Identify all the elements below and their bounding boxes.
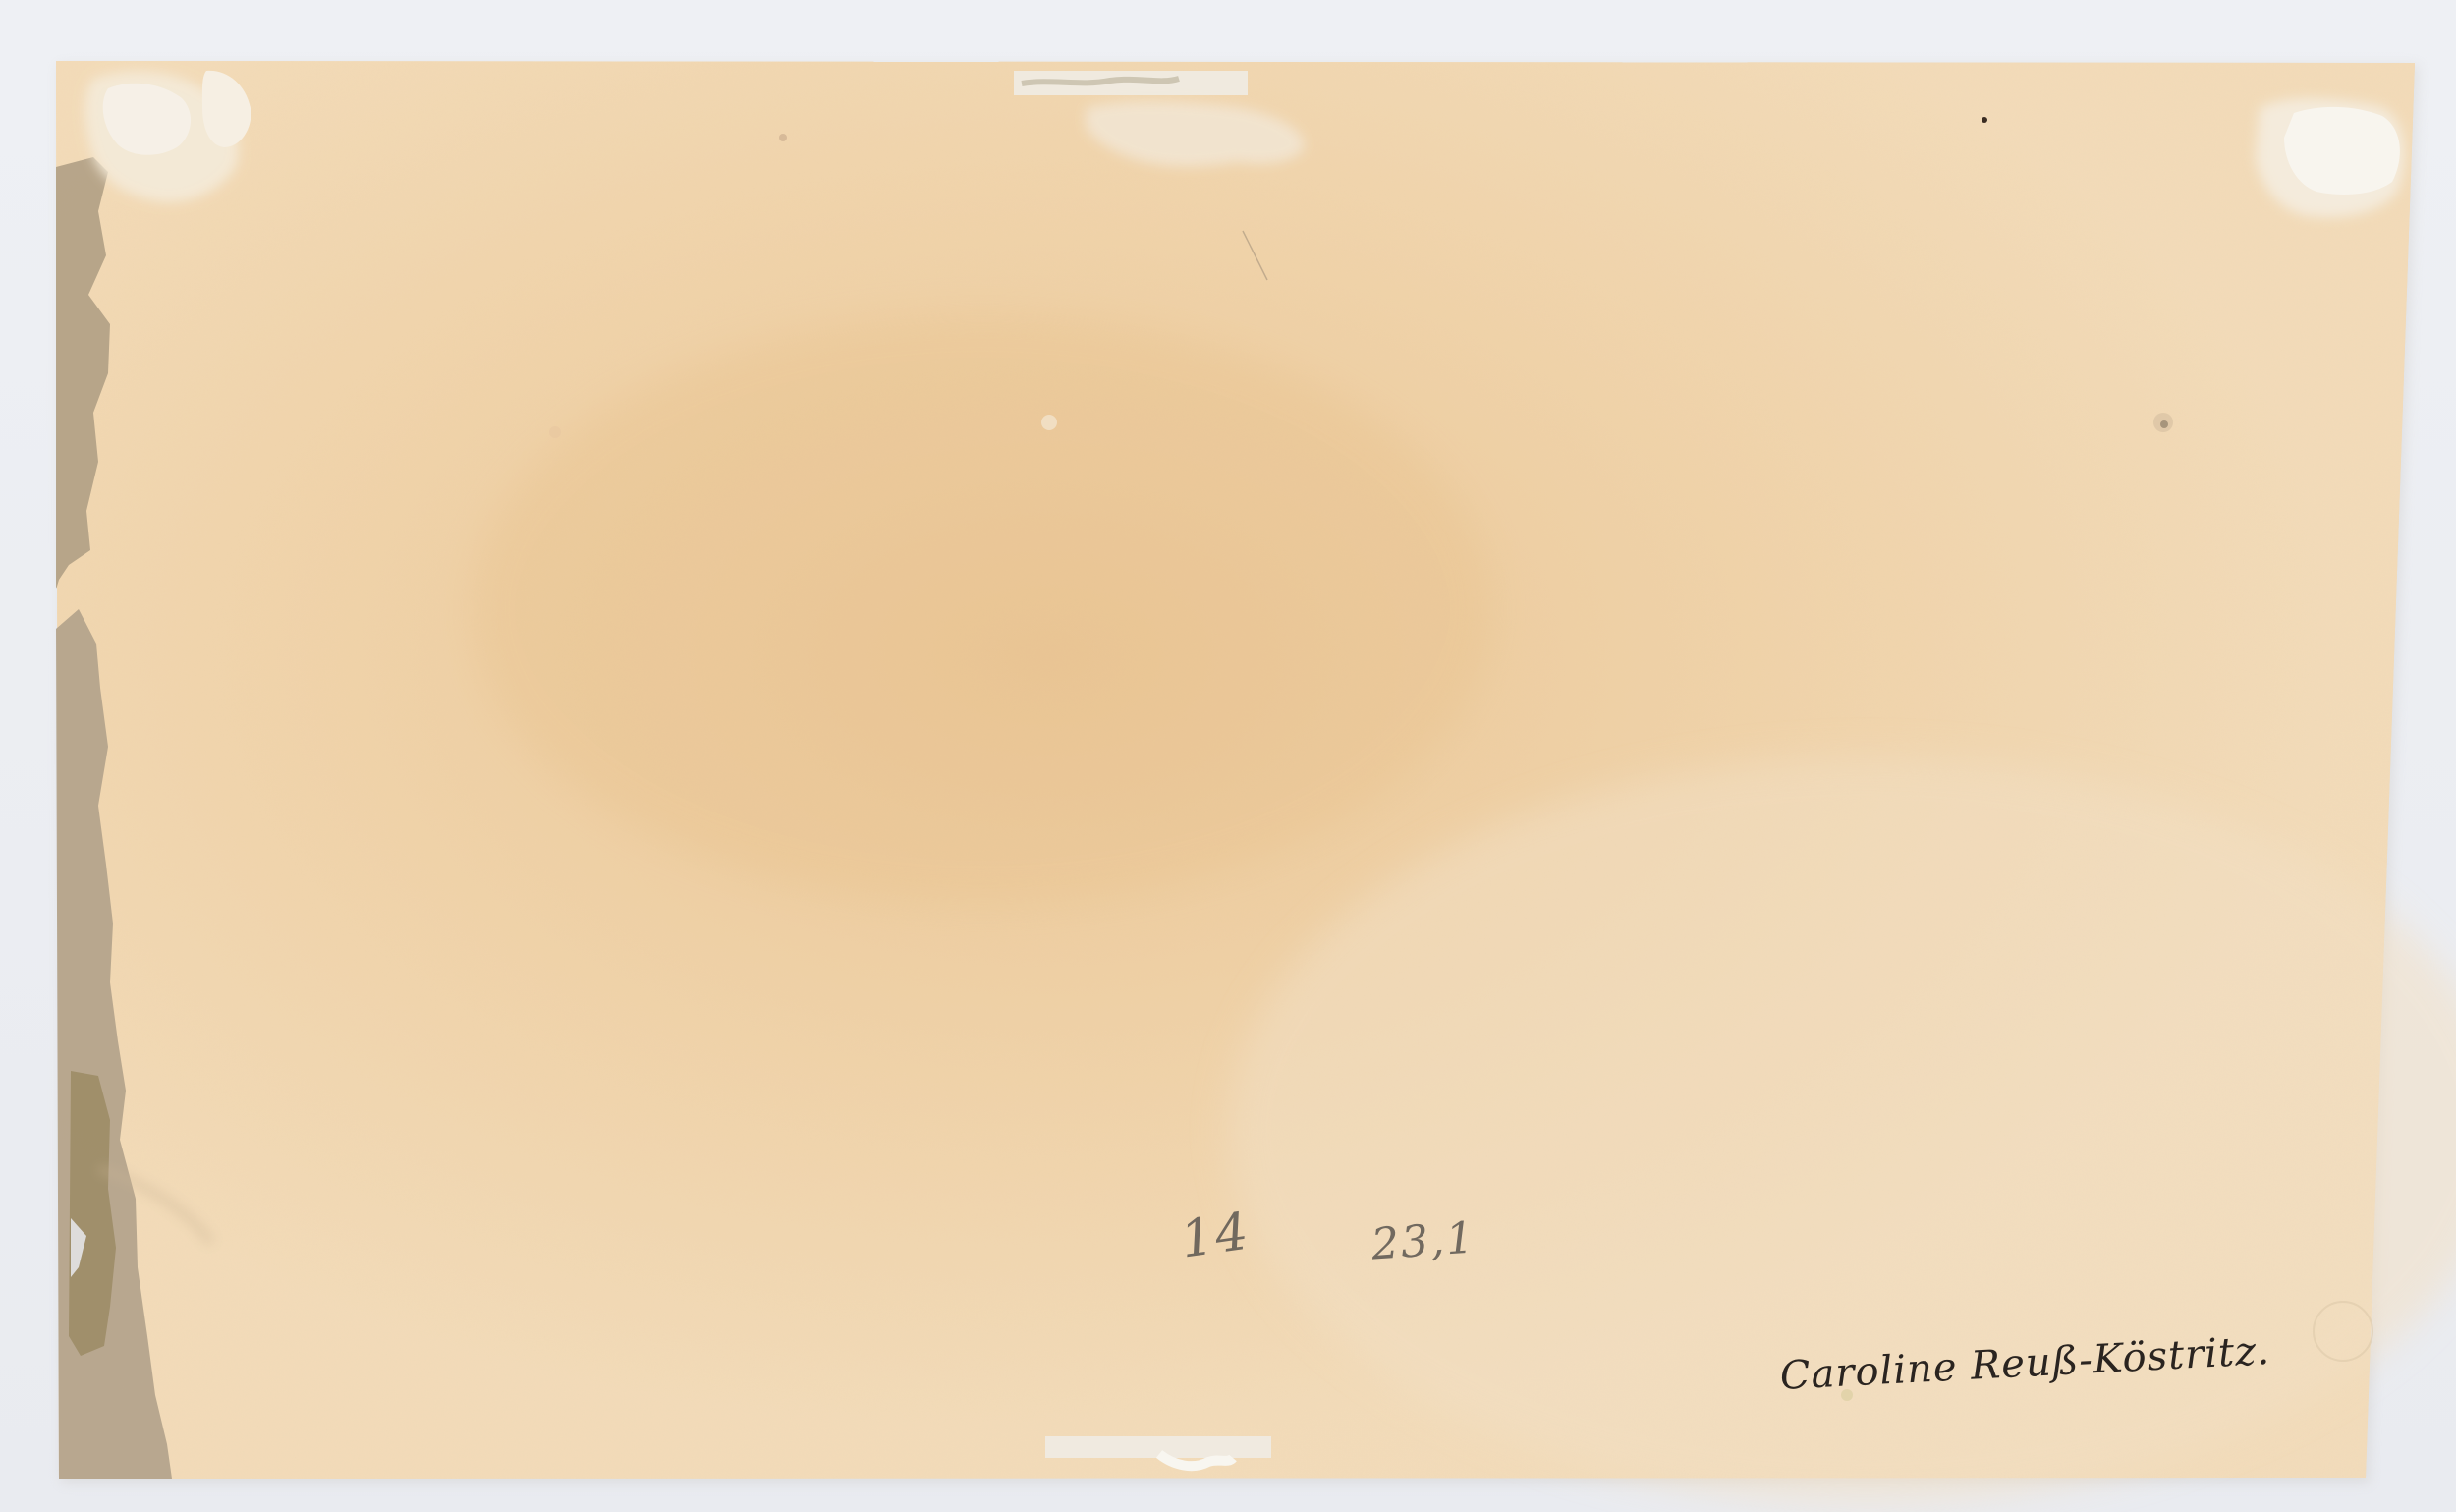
paper-artwork bbox=[0, 0, 2456, 1512]
pencil-number-right: 23,1 bbox=[1369, 1212, 1477, 1269]
paper-sheet: 14 23,1 Caroline Reuß-Köstritz. bbox=[0, 0, 2456, 1512]
top-right-adhesive-residue bbox=[2256, 98, 2405, 217]
bottom-tape-strip bbox=[1045, 1436, 1271, 1458]
pencil-number-left: 14 bbox=[1177, 1202, 1254, 1269]
